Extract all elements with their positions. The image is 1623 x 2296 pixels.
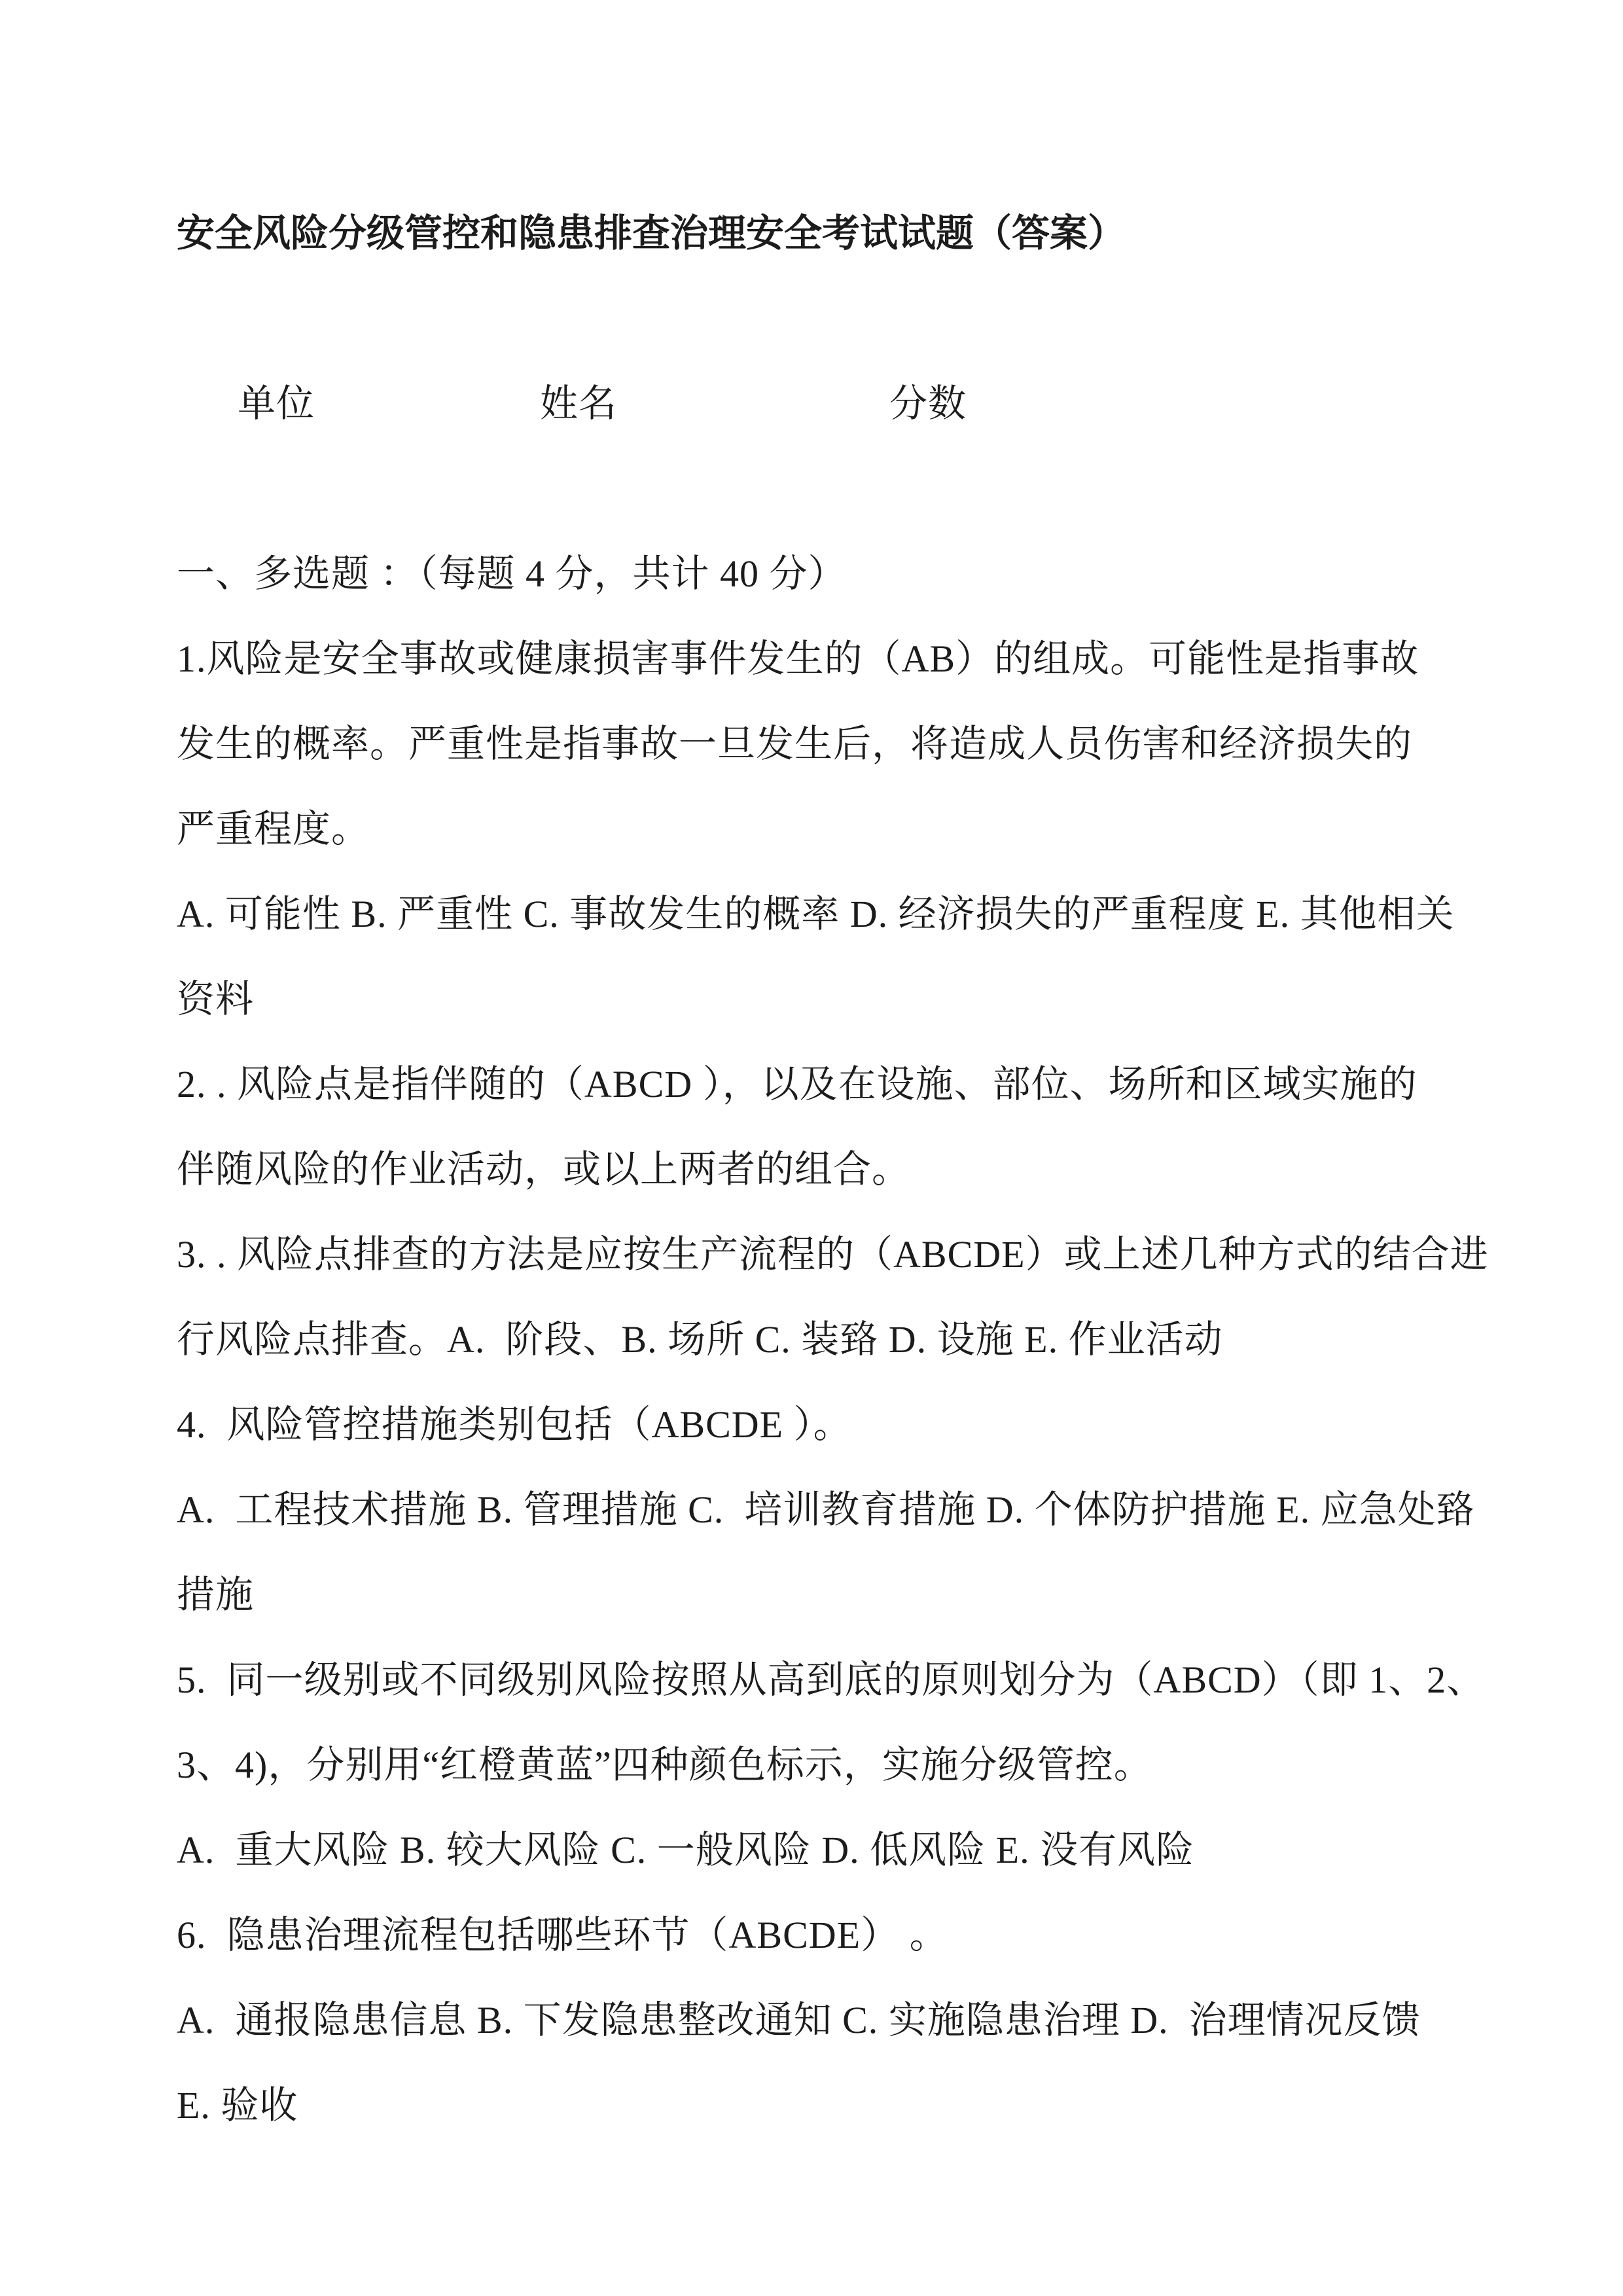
question-4-options-line-2: 措施 (177, 1552, 1486, 1638)
unit-label: 单位 (238, 361, 540, 446)
question-1-options-line-1: A. 可能性 B. 严重性 C. 事故发生的概率 D. 经济损失的严重程度 E.… (177, 872, 1486, 957)
question-4: 4. 风险管控措施类别包括（ABCDE ）。 A. 工程技术措施 B. 管理措施… (177, 1382, 1486, 1638)
question-1-line-2: 发生的概率。严重性是指事故一旦发生后，将造成人员伤害和经济损失的 (177, 702, 1486, 787)
question-1-line-1: 1.风险是安全事故或健康损害事件发生的（AB）的组成。可能性是指事故 (177, 617, 1486, 702)
question-2-line-1: 2. . 风险点是指伴随的（ABCD ），以及在设施、部位、场所和区域实施的 (177, 1042, 1486, 1127)
section-heading: 一、多选题 ：（每题 4 分，共计 40 分） (177, 531, 1486, 617)
question-2: 2. . 风险点是指伴随的（ABCD ），以及在设施、部位、场所和区域实施的 伴… (177, 1042, 1486, 1212)
page-title: 安全风险分级管控和隐患排查治理安全考试试题（答案） (177, 191, 1486, 276)
question-3-line-1: 3. . 风险点排查的方法是应按生产流程的（ABCDE）或上述几种方式的结合进 (177, 1212, 1486, 1297)
question-5-options-line-1: A. 重大风险 B. 较大风险 C. 一般风险 D. 低风险 E. 没有风险 (177, 1808, 1486, 1893)
header-fields-row: 单位姓名分数 (177, 276, 1486, 531)
question-6-options-line-2: E. 验收 (177, 2063, 1486, 2148)
name-label: 姓名 (540, 361, 889, 446)
question-4-options-line-1: A. 工程技术措施 B. 管理措施 C. 培训教育措施 D. 个体防护措施 E.… (177, 1467, 1486, 1552)
question-3-line-2: 行风险点排查。A. 阶段、B. 场所 C. 装臵 D. 设施 E. 作业活动 (177, 1297, 1486, 1382)
question-1: 1.风险是安全事故或健康损害事件发生的（AB）的组成。可能性是指事故 发生的概率… (177, 617, 1486, 1042)
exam-paper-page: 安全风险分级管控和隐患排查治理安全考试试题（答案） 单位姓名分数 一、多选题 ：… (0, 0, 1623, 2296)
question-5-line-2: 3、4)，分别用“红橙黄蓝”四种颜色标示，实施分级管控。 (177, 1723, 1486, 1808)
question-3: 3. . 风险点排查的方法是应按生产流程的（ABCDE）或上述几种方式的结合进 … (177, 1212, 1486, 1382)
score-label: 分数 (889, 361, 967, 446)
question-1-options-line-2: 资料 (177, 957, 1486, 1042)
question-5-line-1: 5. 同一级别或不同级别风险按照从高到底的原则划分为（ABCD）（即 1、2、 (177, 1638, 1486, 1723)
question-4-line-1: 4. 风险管控措施类别包括（ABCDE ）。 (177, 1382, 1486, 1467)
question-6-line-1: 6. 隐患治理流程包括哪些环节（ABCDE） 。 (177, 1893, 1486, 1978)
question-1-line-3: 严重程度。 (177, 787, 1486, 872)
question-2-line-2: 伴随风险的作业活动，或以上两者的组合。 (177, 1127, 1486, 1212)
question-6: 6. 隐患治理流程包括哪些环节（ABCDE） 。 A. 通报隐患信息 B. 下发… (177, 1893, 1486, 2148)
question-5: 5. 同一级别或不同级别风险按照从高到底的原则划分为（ABCD）（即 1、2、 … (177, 1638, 1486, 1893)
question-6-options-line-1: A. 通报隐患信息 B. 下发隐患整改通知 C. 实施隐患治理 D. 治理情况反… (177, 1978, 1486, 2063)
exam-content: 安全风险分级管控和隐患排查治理安全考试试题（答案） 单位姓名分数 一、多选题 ：… (177, 191, 1486, 2148)
